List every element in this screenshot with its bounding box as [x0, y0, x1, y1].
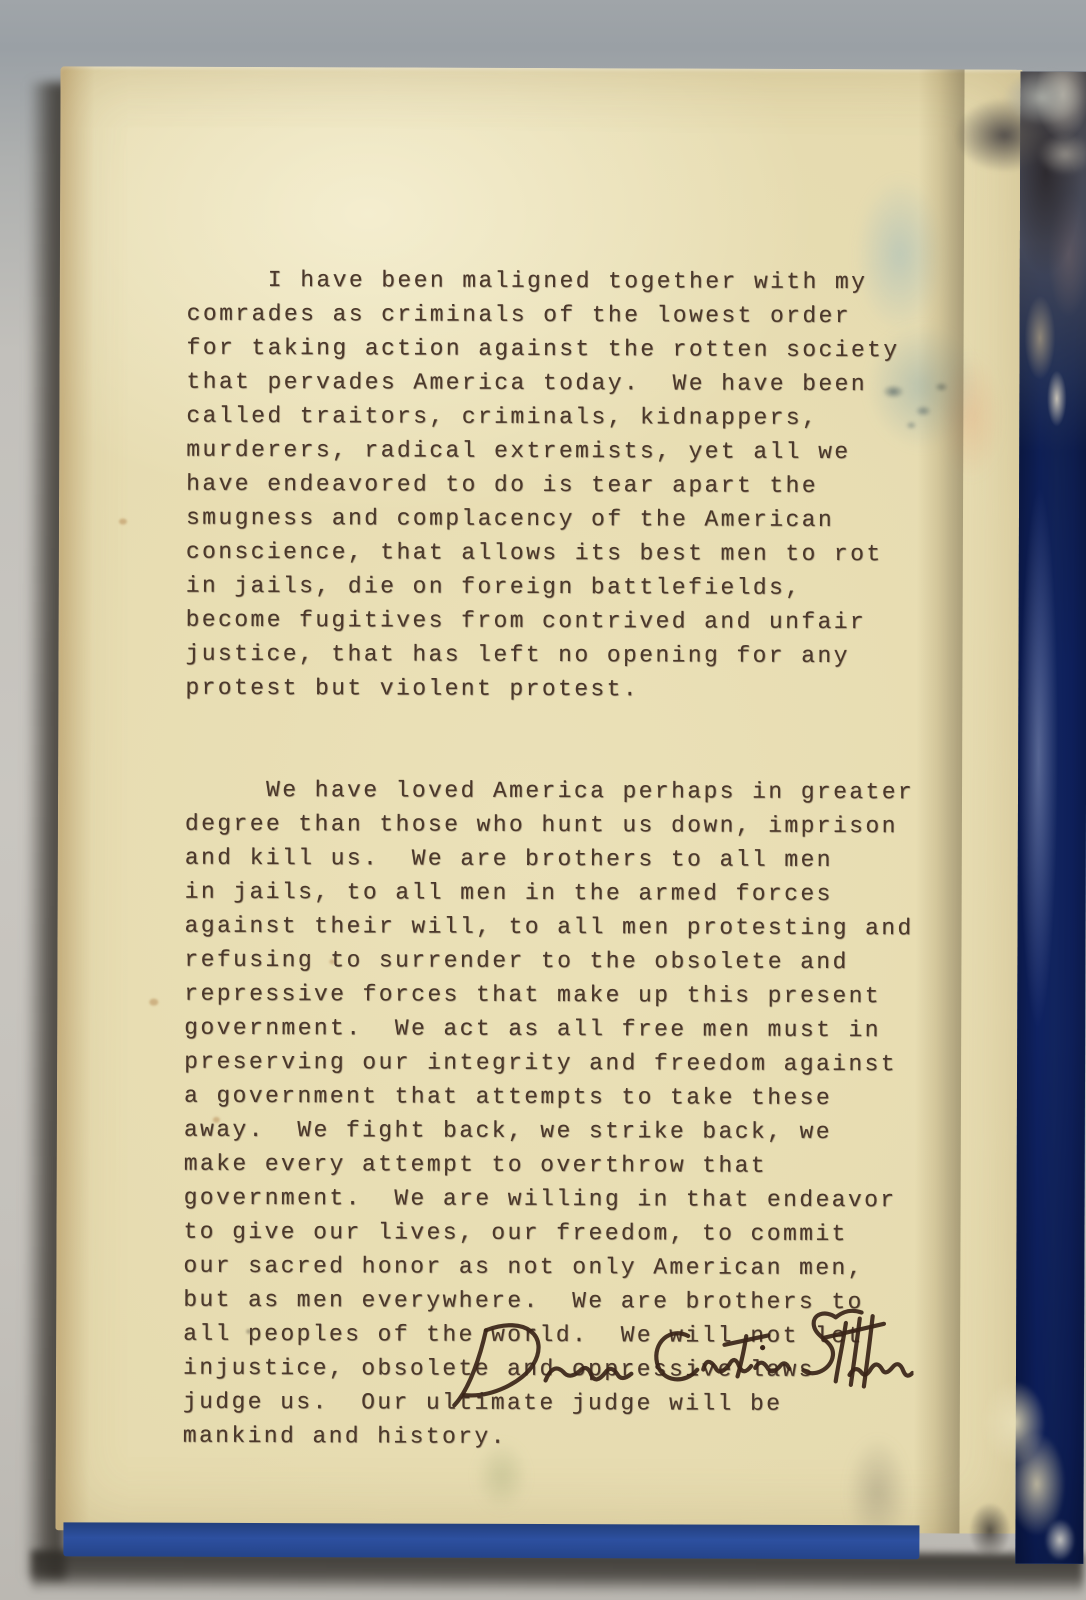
statement-paragraph-1: I have been maligned together with my co…: [185, 263, 977, 708]
spine-blue-edge: [1015, 72, 1086, 1564]
bottom-blue-board-edge: [63, 1522, 919, 1559]
book-back-cover: I have been maligned together with my co…: [0, 0, 1086, 1600]
top-right-corner-damage: [936, 59, 1086, 186]
age-spot: [149, 999, 158, 1006]
photo-of-book: { "book": { "back_cover_text": { "paragr…: [0, 0, 1086, 1600]
author-signature: Dean Curtis Stillman: [432, 1305, 915, 1420]
age-spot: [119, 519, 127, 525]
jacket-edge-staining: [55, 66, 94, 1530]
signature-ink-strokes: [432, 1305, 915, 1420]
